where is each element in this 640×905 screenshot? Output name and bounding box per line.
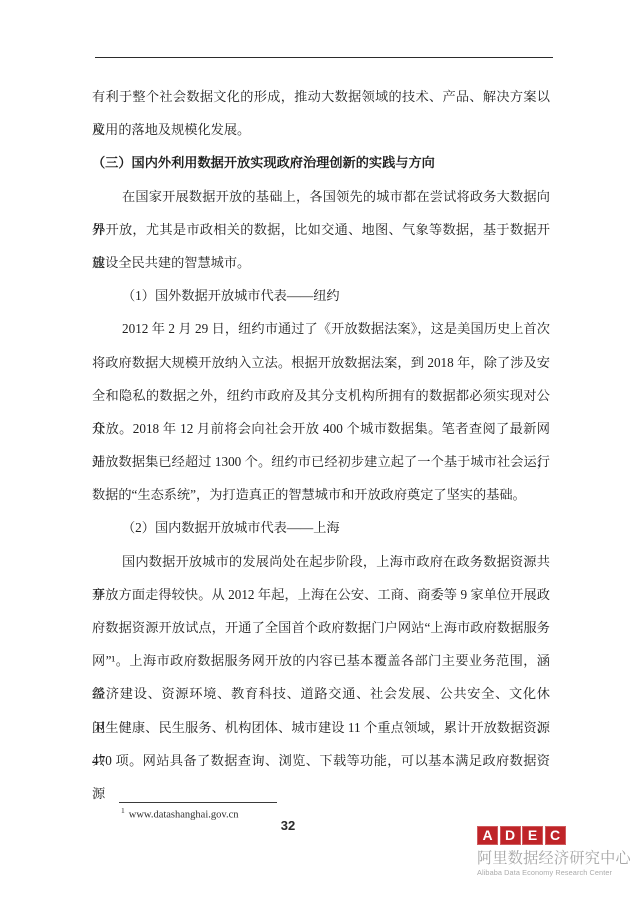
body-line: （2）国内数据开放城市代表——上海 xyxy=(92,511,550,544)
header-rule xyxy=(95,57,553,58)
body-line: 470 项。网站具备了数据查询、浏览、下载等功能，可以基本满足政府数据资源 xyxy=(92,744,550,777)
body-line: 开放方面走得较快。从 2012 年起，上海在公安、工商、商委等 9 家单位开展政 xyxy=(92,578,550,611)
footnote: 1www.datashanghai.gov.cn xyxy=(121,806,238,821)
body-line: 全和隐私的数据之外，纽约市政府及其分支机构所拥有的数据都必须实现对公众 xyxy=(92,379,550,412)
body-line: 开放数据集已经超过 1300 个。纽约市已经初步建立起了一个基于城市社会运行 xyxy=(92,445,550,478)
logo-letter-a: A xyxy=(477,826,498,845)
body-line: 数据的“生态系统”，为打造真正的智慧城市和开放政府奠定了坚实的基础。 xyxy=(92,478,550,511)
body-line: 开放。2018 年 12 月前将会向社会开放 400 个城市数据集。笔者查阅了最… xyxy=(92,412,550,445)
footnote-marker: 1 xyxy=(121,806,125,815)
document-body: 有利于整个社会数据文化的形成，推动大数据领域的技术、产品、解决方案以及应用的落地… xyxy=(92,80,550,777)
body-line: 卫生健康、民生服务、机构团体、城市建设 11 个重点领域，累计开放数据资源共 xyxy=(92,711,550,744)
adec-logo: A D E C 阿里数据经济研究中心 Alibaba Data Economy … xyxy=(477,826,635,877)
logo-letter-e: E xyxy=(522,826,543,845)
body-line: 在国家开展数据开放的基础上，各国领先的城市都在尝试将政务大数据向外 xyxy=(92,180,550,213)
body-line: 应用的落地及规模化发展。 xyxy=(92,113,550,146)
document-page: 有利于整个社会数据文化的形成，推动大数据领域的技术、产品、解决方案以及应用的落地… xyxy=(0,0,640,905)
body-line: 建设全民共建的智慧城市。 xyxy=(92,246,550,279)
logo-name-chinese: 阿里数据经济研究中心 xyxy=(477,847,635,868)
body-line: 经济建设、资源环境、教育科技、道路交通、社会发展、公共安全、文化休闲、 xyxy=(92,677,550,710)
body-line: 网”¹。上海市政府数据服务网开放的内容已基本覆盖各部门主要业务范围，涵盖 xyxy=(92,644,550,677)
body-line: 界开放，尤其是市政相关的数据，比如交通、地图、气象等数据，基于数据开放 xyxy=(92,213,550,246)
body-line: 有利于整个社会数据文化的形成，推动大数据领域的技术、产品、解决方案以及 xyxy=(92,80,550,113)
body-line: （1）国外数据开放城市代表——纽约 xyxy=(92,279,550,312)
body-line: 国内数据开放城市的发展尚处在起步阶段，上海市政府在政务数据资源共享 xyxy=(92,545,550,578)
section-heading: （三）国内外利用数据开放实现政府治理创新的实践与方向 xyxy=(92,146,550,179)
footnote-url: www.datashanghai.gov.cn xyxy=(129,810,239,821)
body-line: 将政府数据大规模开放纳入立法。根据开放数据法案，到 2018 年，除了涉及安 xyxy=(92,346,550,379)
footnote-divider xyxy=(119,802,277,803)
logo-letter-d: D xyxy=(500,826,521,845)
adec-logo-letters: A D E C xyxy=(477,826,635,845)
logo-name-english: Alibaba Data Economy Research Center xyxy=(477,868,635,877)
body-line: 2012 年 2 月 29 日，纽约市通过了《开放数据法案》，这是美国历史上首次 xyxy=(92,312,550,345)
page-number: 32 xyxy=(268,818,308,833)
body-line: 府数据资源开放试点，开通了全国首个政府数据门户网站“上海市政府数据服务 xyxy=(92,611,550,644)
logo-letter-c: C xyxy=(545,826,566,845)
